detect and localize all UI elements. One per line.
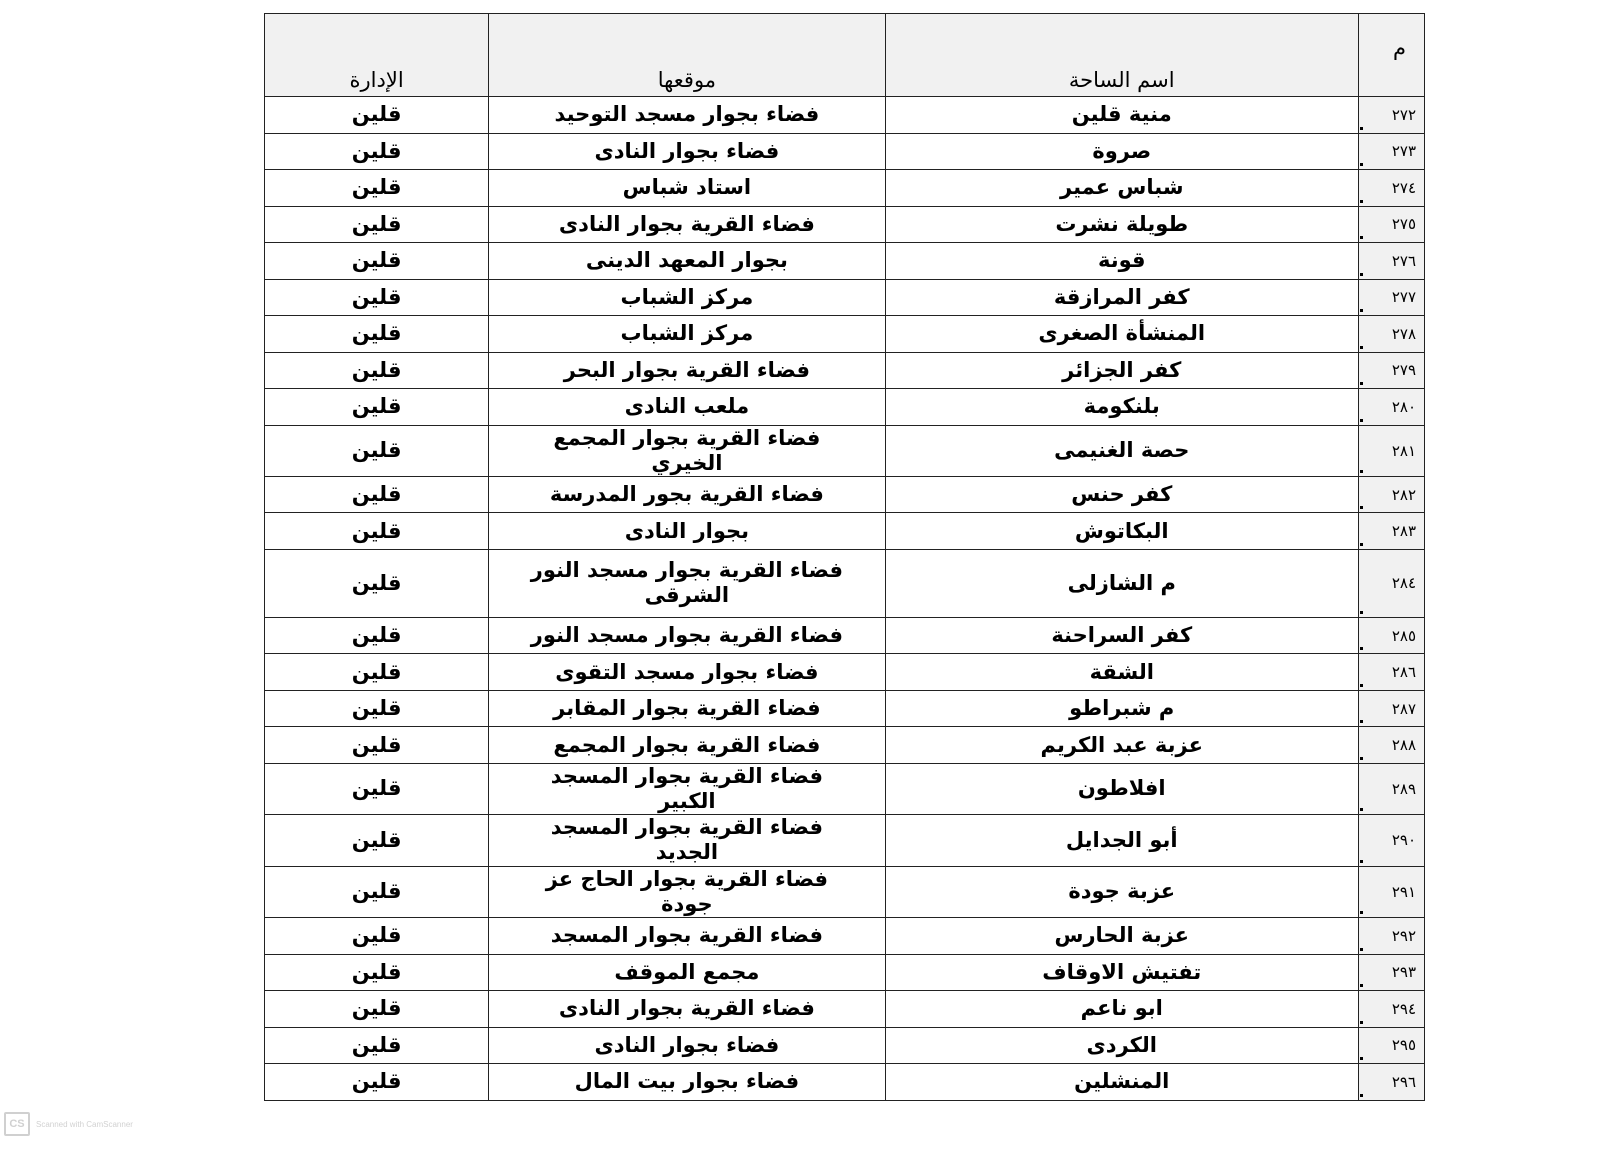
square-location-text: فضاء بجوار النادى — [595, 1033, 780, 1058]
table-row: ٢٩٣تفتيش الاوقافمجمع الموقفقلين — [265, 954, 1425, 991]
square-location: فضاء القرية بجوار الحاج عز جودة — [489, 866, 885, 917]
row-number: ٢٧٦ — [1358, 243, 1424, 280]
administration: قلين — [265, 763, 489, 814]
row-number-text: ٢٧٥ — [1392, 215, 1416, 233]
table-row: ٢٨١حصة الغنيمىفضاء القرية بجوار المجمع ا… — [265, 425, 1425, 476]
square-location: فضاء القرية بجوار مسجد النور — [489, 617, 885, 654]
row-number-text: ٢٧٢ — [1392, 106, 1416, 124]
administration: قلين — [265, 513, 489, 550]
list-dot-icon — [1360, 1021, 1363, 1024]
table-row: ٢٩٥الكردىفضاء بجوار النادىقلين — [265, 1027, 1425, 1064]
administration: قلين — [265, 243, 489, 280]
list-dot-icon — [1360, 1057, 1363, 1060]
list-dot-icon — [1360, 611, 1363, 614]
list-dot-icon — [1360, 984, 1363, 987]
square-location: فضاء بجوار مسجد التقوى — [489, 654, 885, 691]
row-number: ٢٩٣ — [1358, 954, 1424, 991]
row-number: ٢٧٤ — [1358, 170, 1424, 207]
header-administration: الإدارة — [265, 14, 489, 97]
row-number: ٢٧٧ — [1358, 279, 1424, 316]
list-dot-icon — [1360, 163, 1363, 166]
table-row: ٢٨٣البكاتوشبجوار النادىقلين — [265, 513, 1425, 550]
table-row: ٢٨٨عزبة عبد الكريمفضاء القرية بجوار المج… — [265, 727, 1425, 764]
square-location-text: فضاء القرية بجوار مسجد النور الشرقى — [522, 558, 852, 608]
row-number: ٢٩٦ — [1358, 1064, 1424, 1101]
administration: قلين — [265, 206, 489, 243]
square-location-text: مركز الشباب — [621, 285, 754, 310]
square-name: البكاتوش — [885, 513, 1358, 550]
row-number: ٢٩٥ — [1358, 1027, 1424, 1064]
square-name: م الشازلى — [885, 549, 1358, 617]
row-number: ٢٨٧ — [1358, 690, 1424, 727]
square-location: مركز الشباب — [489, 316, 885, 353]
row-number-text: ٢٩٥ — [1392, 1036, 1416, 1054]
row-number: ٢٧٣ — [1358, 133, 1424, 170]
list-dot-icon — [1360, 647, 1363, 650]
administration: قلين — [265, 549, 489, 617]
table-row: ٢٧٢منية قلينفضاء بجوار مسجد التوحيدقلين — [265, 97, 1425, 134]
row-number-text: ٢٩٢ — [1392, 927, 1416, 945]
square-location: فضاء القرية بجور المدرسة — [489, 476, 885, 513]
table-row: ٢٧٧كفر المرازقةمركز الشبابقلين — [265, 279, 1425, 316]
header-location: موقعها — [489, 14, 885, 97]
square-location: فضاء بجوار مسجد التوحيد — [489, 97, 885, 134]
administration: قلين — [265, 1027, 489, 1064]
row-number-text: ٢٧٤ — [1392, 179, 1416, 197]
list-dot-icon — [1360, 720, 1363, 723]
header-square-name: اسم الساحة — [885, 14, 1358, 97]
administration: قلين — [265, 617, 489, 654]
square-name: منية قلين — [885, 97, 1358, 134]
square-location-text: فضاء القرية بجوار المقابر — [553, 696, 820, 721]
table-row: ٢٨٧م شبراطوفضاء القرية بجوار المقابرقلين — [265, 690, 1425, 727]
table-row: ٢٧٤شباس عميراستاد شباسقلين — [265, 170, 1425, 207]
square-location-text: فضاء القرية بجوار النادى — [559, 212, 815, 237]
list-dot-icon — [1360, 948, 1363, 951]
square-location-text: فضاء القرية بجوار المجمع — [553, 733, 820, 758]
administration: قلين — [265, 866, 489, 917]
square-location-text: فضاء القرية بجوار المسجد الجديد — [522, 815, 852, 865]
square-name: عزبة جودة — [885, 866, 1358, 917]
table-row: ٢٧٦قونةبجوار المعهد الدينىقلين — [265, 243, 1425, 280]
table-row: ٢٧٨المنشأة الصغرىمركز الشبابقلين — [265, 316, 1425, 353]
administration: قلين — [265, 1064, 489, 1101]
administration: قلين — [265, 476, 489, 513]
table-row: ٢٨٩افلاطونفضاء القرية بجوار المسجد الكبي… — [265, 763, 1425, 814]
row-number-text: ٢٧٣ — [1392, 142, 1416, 160]
table-row: ٢٩٢عزبة الحارسفضاء القرية بجوار المسجدقل… — [265, 918, 1425, 955]
administration: قلين — [265, 727, 489, 764]
row-number-text: ٢٧٨ — [1392, 325, 1416, 343]
list-dot-icon — [1360, 911, 1363, 914]
square-name: ابو ناعم — [885, 991, 1358, 1028]
row-number: ٢٩١ — [1358, 866, 1424, 917]
square-location-text: فضاء القرية بجوار المسجد — [551, 923, 823, 948]
list-dot-icon — [1360, 684, 1363, 687]
row-number-text: ٢٨٤ — [1392, 574, 1416, 592]
administration: قلين — [265, 316, 489, 353]
square-location-text: بجوار المعهد الدينى — [586, 248, 788, 273]
row-number: ٢٧٨ — [1358, 316, 1424, 353]
squares-table: م اسم الساحة موقعها الإدارة ٢٧٢منية قلين… — [264, 13, 1425, 1101]
table-row: ٢٧٥طويلة نشرتفضاء القرية بجوار النادىقلي… — [265, 206, 1425, 243]
square-location: بجوار المعهد الدينى — [489, 243, 885, 280]
row-number-text: ٢٨٣ — [1392, 522, 1416, 540]
list-dot-icon — [1360, 506, 1363, 509]
administration: قلين — [265, 352, 489, 389]
row-number-text: ٢٩٠ — [1392, 831, 1416, 849]
list-dot-icon — [1360, 808, 1363, 811]
list-dot-icon — [1360, 273, 1363, 276]
row-number: ٢٨٢ — [1358, 476, 1424, 513]
list-dot-icon — [1360, 346, 1363, 349]
list-dot-icon — [1360, 309, 1363, 312]
row-number: ٢٨١ — [1358, 425, 1424, 476]
camscanner-watermark: CS Scanned with CamScanner — [4, 1112, 133, 1136]
square-location-text: استاد شباس — [623, 175, 751, 200]
row-number: ٢٧٥ — [1358, 206, 1424, 243]
row-number: ٢٩٢ — [1358, 918, 1424, 955]
square-location-text: فضاء القرية بجوار المسجد الكبير — [522, 764, 852, 814]
table-row: ٢٧٩كفر الجزائرفضاء القرية بجوار البحرقلي… — [265, 352, 1425, 389]
row-number-text: ٢٨٦ — [1392, 663, 1416, 681]
administration: قلين — [265, 389, 489, 426]
square-location: مركز الشباب — [489, 279, 885, 316]
list-dot-icon — [1360, 1094, 1363, 1097]
row-number-text: ٢٩٣ — [1392, 963, 1416, 981]
administration: قلين — [265, 815, 489, 866]
administration: قلين — [265, 279, 489, 316]
square-location-text: فضاء بجوار مسجد التوحيد — [554, 102, 819, 127]
row-number-text: ٢٨٥ — [1392, 627, 1416, 645]
header-number: م — [1358, 14, 1424, 97]
table-row: ٢٩١عزبة جودةفضاء القرية بجوار الحاج عز ج… — [265, 866, 1425, 917]
table-row: ٢٩٦المنشلينفضاء بجوار بيت المالقلين — [265, 1064, 1425, 1101]
square-location: بجوار النادى — [489, 513, 885, 550]
administration: قلين — [265, 97, 489, 134]
square-name: افلاطون — [885, 763, 1358, 814]
square-location: فضاء القرية بجوار المقابر — [489, 690, 885, 727]
row-number-text: ٢٨٩ — [1392, 780, 1416, 798]
square-location: فضاء القرية بجوار المسجد الجديد — [489, 815, 885, 866]
square-name: حصة الغنيمى — [885, 425, 1358, 476]
row-number: ٢٨٨ — [1358, 727, 1424, 764]
row-number-text: ٢٨٠ — [1392, 398, 1416, 416]
row-number-text: ٢٨٧ — [1392, 700, 1416, 718]
list-dot-icon — [1360, 860, 1363, 863]
square-location-text: فضاء القرية بجور المدرسة — [550, 482, 824, 507]
square-location: فضاء القرية بجوار المجمع الخيري — [489, 425, 885, 476]
list-dot-icon — [1360, 419, 1363, 422]
row-number: ٢٨٣ — [1358, 513, 1424, 550]
square-location: مجمع الموقف — [489, 954, 885, 991]
square-name: صروة — [885, 133, 1358, 170]
table-row: ٢٨٠بلنكومةملعب النادىقلين — [265, 389, 1425, 426]
row-number-text: ٢٩٤ — [1392, 1000, 1416, 1018]
square-location-text: فضاء بجوار مسجد التقوى — [555, 660, 818, 685]
square-name: عزبة الحارس — [885, 918, 1358, 955]
square-name: بلنكومة — [885, 389, 1358, 426]
list-dot-icon — [1360, 757, 1363, 760]
list-dot-icon — [1360, 382, 1363, 385]
table-row: ٢٨٥كفر السراحنةفضاء القرية بجوار مسجد ال… — [265, 617, 1425, 654]
table-row: ٢٨٢كفر حنسفضاء القرية بجور المدرسةقلين — [265, 476, 1425, 513]
table-row: ٢٨٦الشقةفضاء بجوار مسجد التقوىقلين — [265, 654, 1425, 691]
table-body: ٢٧٢منية قلينفضاء بجوار مسجد التوحيدقلين٢… — [265, 97, 1425, 1101]
square-location-text: ملعب النادى — [625, 394, 750, 419]
square-name: م شبراطو — [885, 690, 1358, 727]
square-location-text: مركز الشباب — [621, 321, 754, 346]
square-location: فضاء القرية بجوار المجمع — [489, 727, 885, 764]
square-location: فضاء القرية بجوار البحر — [489, 352, 885, 389]
table-row: ٢٨٤م الشازلىفضاء القرية بجوار مسجد النور… — [265, 549, 1425, 617]
row-number-text: ٢٧٩ — [1392, 361, 1416, 379]
square-location-text: فضاء القرية بجوار الحاج عز جودة — [522, 867, 852, 917]
square-name: كفر حنس — [885, 476, 1358, 513]
table-row: ٢٧٣صروةفضاء بجوار النادىقلين — [265, 133, 1425, 170]
row-number: ٢٩٤ — [1358, 991, 1424, 1028]
square-name: تفتيش الاوقاف — [885, 954, 1358, 991]
square-location: فضاء بجوار النادى — [489, 133, 885, 170]
row-number: ٢٨٦ — [1358, 654, 1424, 691]
square-location: فضاء القرية بجوار النادى — [489, 206, 885, 243]
square-location: فضاء القرية بجوار النادى — [489, 991, 885, 1028]
square-location-text: فضاء القرية بجوار المجمع الخيري — [522, 426, 852, 476]
square-location: استاد شباس — [489, 170, 885, 207]
row-number-text: ٢٨١ — [1392, 442, 1416, 460]
administration: قلين — [265, 991, 489, 1028]
list-dot-icon — [1360, 200, 1363, 203]
administration: قلين — [265, 954, 489, 991]
square-location: فضاء القرية بجوار المسجد — [489, 918, 885, 955]
square-name: كفر السراحنة — [885, 617, 1358, 654]
square-location-text: فضاء القرية بجوار مسجد النور — [531, 623, 843, 648]
square-location: فضاء بجوار بيت المال — [489, 1064, 885, 1101]
square-name: المنشأة الصغرى — [885, 316, 1358, 353]
table-row: ٢٩٠أبو الجدايلفضاء القرية بجوار المسجد ا… — [265, 815, 1425, 866]
row-number: ٢٩٠ — [1358, 815, 1424, 866]
square-name: كفر المرازقة — [885, 279, 1358, 316]
square-name: شباس عمير — [885, 170, 1358, 207]
square-location: فضاء القرية بجوار المسجد الكبير — [489, 763, 885, 814]
square-name: كفر الجزائر — [885, 352, 1358, 389]
row-number: ٢٨٥ — [1358, 617, 1424, 654]
square-location: ملعب النادى — [489, 389, 885, 426]
square-location-text: فضاء بجوار بيت المال — [575, 1069, 799, 1094]
row-number: ٢٨٩ — [1358, 763, 1424, 814]
row-number-text: ٢٩١ — [1392, 883, 1416, 901]
square-location-text: مجمع الموقف — [614, 960, 759, 985]
square-name: المنشلين — [885, 1064, 1358, 1101]
square-location-text: فضاء القرية بجوار البحر — [564, 358, 810, 383]
square-location: فضاء بجوار النادى — [489, 1027, 885, 1064]
square-location-text: فضاء القرية بجوار النادى — [559, 996, 815, 1021]
table-row: ٢٩٤ابو ناعمفضاء القرية بجوار النادىقلين — [265, 991, 1425, 1028]
square-name: عزبة عبد الكريم — [885, 727, 1358, 764]
row-number-text: ٢٨٢ — [1392, 486, 1416, 504]
square-name: طويلة نشرت — [885, 206, 1358, 243]
row-number-text: ٢٨٨ — [1392, 736, 1416, 754]
administration: قلين — [265, 170, 489, 207]
square-location-text: فضاء بجوار النادى — [595, 139, 780, 164]
row-number-text: ٢٧٧ — [1392, 288, 1416, 306]
square-name: أبو الجدايل — [885, 815, 1358, 866]
square-name: الشقة — [885, 654, 1358, 691]
table-header-row: م اسم الساحة موقعها الإدارة — [265, 14, 1425, 97]
row-number: ٢٨٤ — [1358, 549, 1424, 617]
administration: قلين — [265, 918, 489, 955]
row-number-text: ٢٩٦ — [1392, 1073, 1416, 1091]
administration: قلين — [265, 133, 489, 170]
camscanner-logo-icon: CS — [4, 1112, 30, 1136]
administration: قلين — [265, 654, 489, 691]
watermark-text: Scanned with CamScanner — [36, 1120, 133, 1129]
square-location-text: بجوار النادى — [625, 519, 749, 544]
list-dot-icon — [1360, 127, 1363, 130]
row-number: ٢٧٩ — [1358, 352, 1424, 389]
list-dot-icon — [1360, 236, 1363, 239]
administration: قلين — [265, 690, 489, 727]
administration: قلين — [265, 425, 489, 476]
square-name: الكردى — [885, 1027, 1358, 1064]
row-number: ٢٧٢ — [1358, 97, 1424, 134]
square-name: قونة — [885, 243, 1358, 280]
row-number-text: ٢٧٦ — [1392, 252, 1416, 270]
list-dot-icon — [1360, 543, 1363, 546]
list-dot-icon — [1360, 470, 1363, 473]
row-number: ٢٨٠ — [1358, 389, 1424, 426]
square-location: فضاء القرية بجوار مسجد النور الشرقى — [489, 549, 885, 617]
